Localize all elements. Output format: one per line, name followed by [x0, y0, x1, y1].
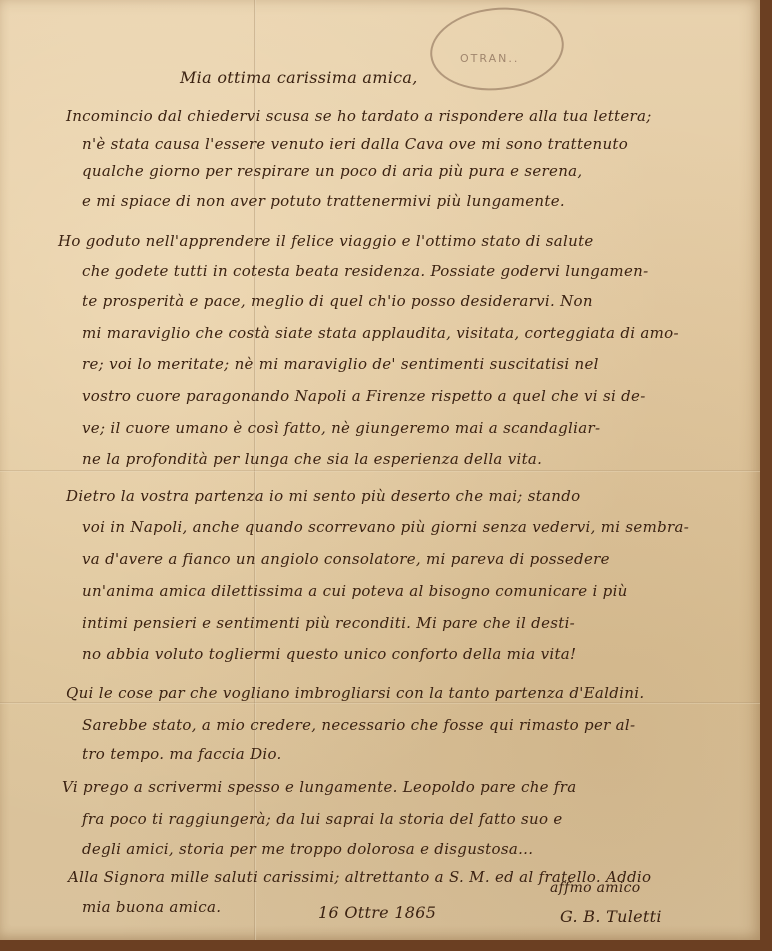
letter-line: un'anima amica dilettissima a cui poteva…	[82, 582, 628, 600]
letter-line: Incomincio dal chiedervi scusa se ho tar…	[66, 107, 652, 125]
letter-line: te prosperità e pace, meglio di quel ch'…	[82, 292, 593, 310]
letter-date: 16 Ottre 1865	[318, 903, 436, 922]
letter-line: Vi prego a scrivermi spesso e lungamente…	[62, 778, 577, 796]
letter-line: mi maraviglio che costà siate stata appl…	[82, 324, 679, 342]
letter-line: Dietro la vostra partenza io mi sento pi…	[66, 487, 581, 505]
letter-line: intimi pensieri e sentimenti più recondi…	[82, 614, 575, 632]
letter-line: e mi spiace di non aver potuto trattener…	[82, 192, 565, 210]
salutation: Mia ottima carissima amica,	[180, 68, 418, 87]
letter-line: n'è stata causa l'essere venuto ieri dal…	[82, 135, 628, 153]
letter-line: qualche giorno per respirare un poco di …	[82, 162, 582, 180]
letter-line: fra poco ti raggiungerà; da lui saprai l…	[82, 810, 563, 828]
letter-line: degli amici, storia per me troppo doloro…	[82, 840, 533, 858]
letter-line: voi in Napoli, anche quando scorrevano p…	[82, 518, 689, 536]
horizontal-fold	[0, 702, 760, 704]
letter-line: no abbia voluto togliermi questo unico c…	[82, 645, 576, 663]
signature: G. B. Tuletti	[560, 907, 662, 926]
letter-line: ve; il cuore umano è così fatto, nè giun…	[82, 419, 600, 437]
letter-line: Qui le cose par che vogliano imbrogliars…	[66, 684, 644, 702]
postal-stamp	[426, 1, 568, 97]
letter-line: vostro cuore paragonando Napoli a Firenz…	[82, 387, 646, 405]
letter-line: mia buona amica.	[82, 898, 221, 916]
letter-line: ne la profondità per lunga che sia la es…	[82, 450, 542, 468]
letter-line: tro tempo. ma faccia Dio.	[82, 745, 282, 763]
letter-line: che godete tutti in cotesta beata reside…	[82, 262, 648, 280]
letter-line: va d'avere a fianco un angiolo consolato…	[82, 550, 610, 568]
stamp-text: OTRAN..	[460, 52, 519, 65]
letter-paper: OTRAN.. Mia ottima carissima amica, Inco…	[0, 0, 760, 940]
horizontal-fold	[0, 470, 760, 472]
letter-line: Sarebbe stato, a mio credere, necessario…	[82, 716, 635, 734]
letter-line: Ho goduto nell'apprendere il felice viag…	[58, 232, 594, 250]
letter-closing: affmo amico	[550, 880, 641, 896]
letter-line: re; voi lo meritate; nè mi maraviglio de…	[82, 355, 599, 373]
